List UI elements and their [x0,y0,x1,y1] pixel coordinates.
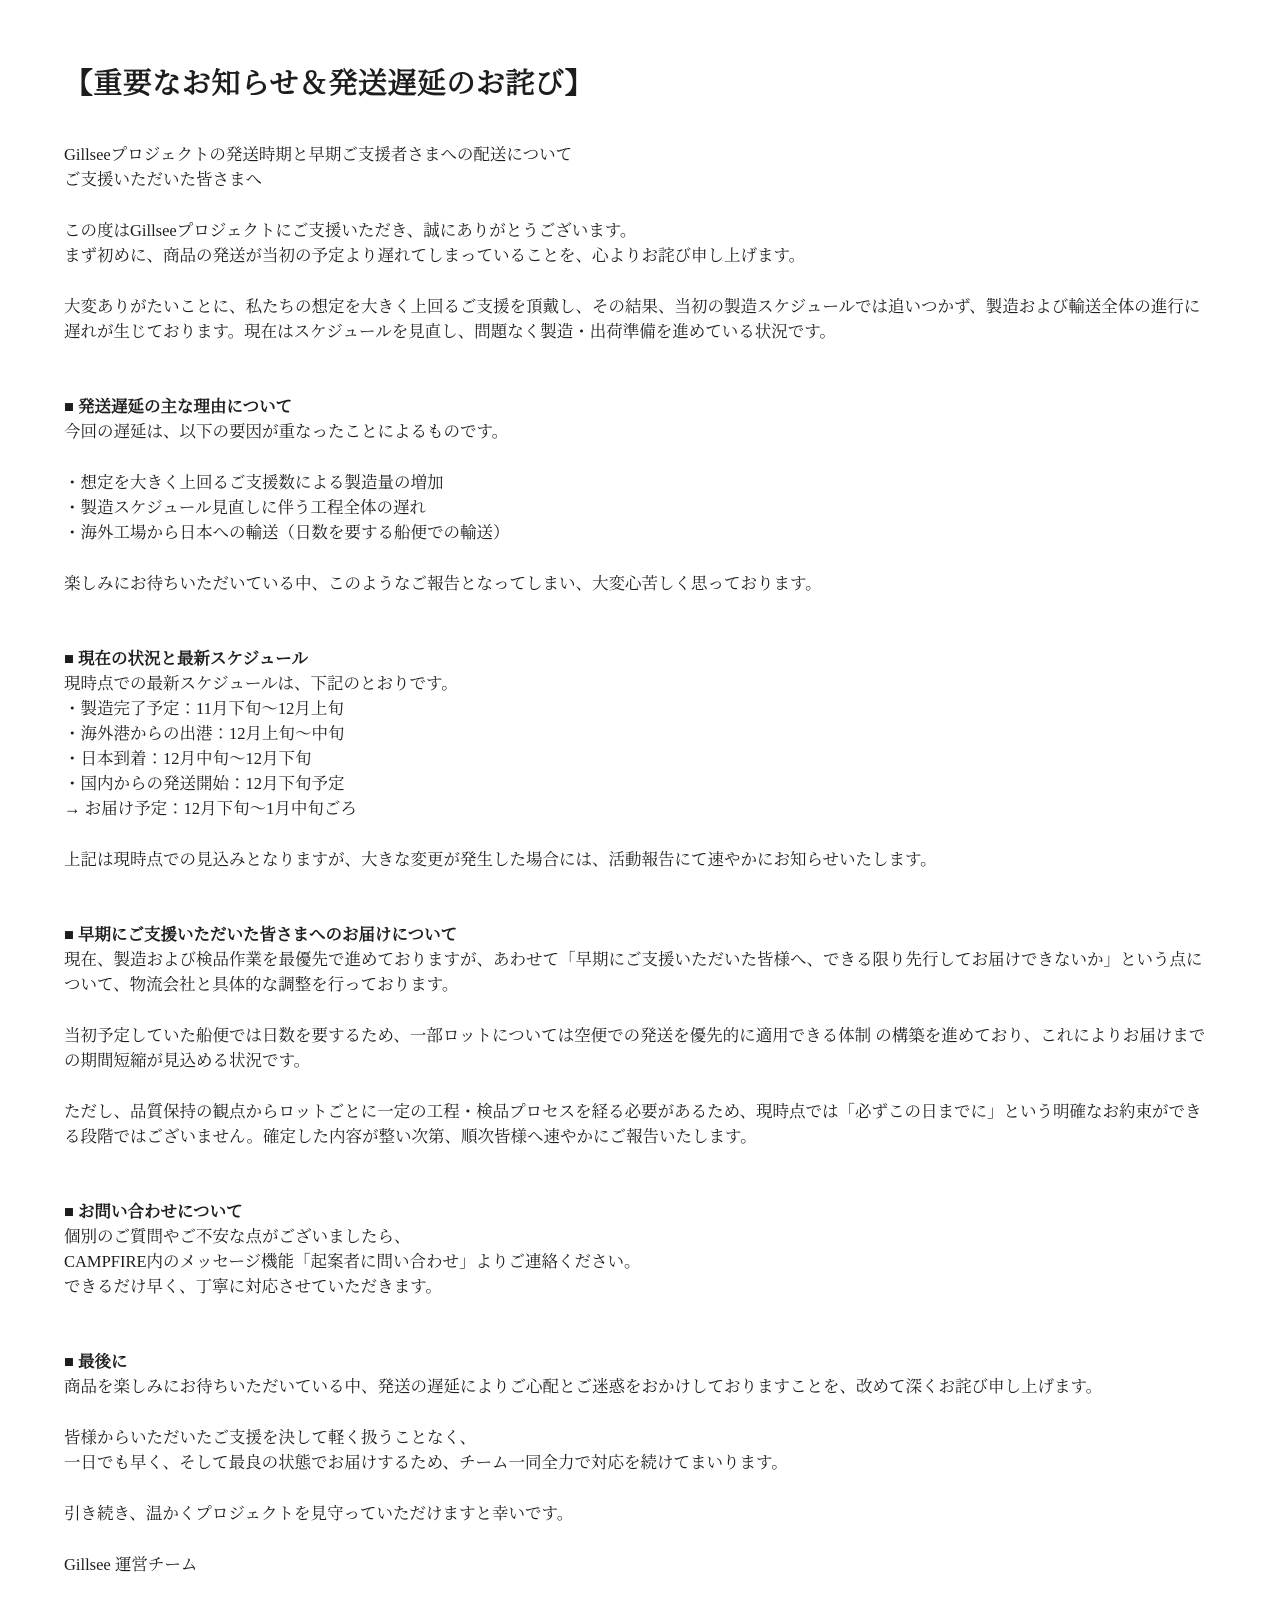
early-delivery-paragraph-1: 現在、製造および検品作業を最優先で進めておりますが、あわせて「早期にご支援いただ… [64,947,1216,997]
schedule-item: ・日本到着：12月中旬〜12月下旬 [64,746,1216,771]
intro-subject: Gillseeプロジェクトの発送時期と早期ご支援者さまへの配送について ご支援い… [64,142,1216,192]
section-contact: ■ お問い合わせについて 個別のご質問やご不安な点がございましたら、 CAMPF… [64,1199,1216,1299]
schedule-note: 上記は現時点での見込みとなりますが、大きな変更が発生した場合には、活動報告にて速… [64,847,1216,872]
reason-bullet: ・製造スケジュール見直しに伴う工程全体の遅れ [64,495,1216,520]
schedule-item: ・海外港からの出港：12月上旬〜中旬 [64,721,1216,746]
section-reasons: ■ 発送遅延の主な理由について 今回の遅延は、以下の要因が重なったことによるもの… [64,394,1216,596]
reasons-lead: 今回の遅延は、以下の要因が重なったことによるものです。 [64,419,1216,444]
intro-subject-line: Gillseeプロジェクトの発送時期と早期ご支援者さまへの配送について [64,142,1216,167]
reasons-bullet-list: ・想定を大きく上回るご支援数による製造量の増加 ・製造スケジュール見直しに伴う工… [64,470,1216,545]
reasons-closing-line: 楽しみにお待ちいただいている中、このようなご報告となってしまい、大変心苦しく思っ… [64,571,1216,596]
reason-bullet: ・想定を大きく上回るご支援数による製造量の増加 [64,470,1216,495]
intro-thanks-line: この度はGillseeプロジェクトにご支援いただき、誠にありがとうございます。 [64,218,1216,243]
early-delivery-paragraph-2: 当初予定していた船便では日数を要するため、一部ロットについては空便での発送を優先… [64,1023,1216,1073]
contact-line: 個別のご質問やご不安な点がございましたら、 [64,1224,1216,1249]
early-delivery-paragraph-3: ただし、品質保持の観点からロットごとに一定の工程・検品プロセスを経る必要があるた… [64,1099,1216,1149]
closing-commitment: 皆様からいただいたご支援を決して軽く扱うことなく、 一日でも早く、そして最良の状… [64,1425,1216,1475]
closing-heading: ■ 最後に [64,1349,1216,1374]
section-schedule: ■ 現在の状況と最新スケジュール 現時点での最新スケジュールは、下記のとおりです… [64,646,1216,872]
section-closing: ■ 最後に 商品を楽しみにお待ちいただいている中、発送の遅延によりご心配とご迷惑… [64,1349,1216,1577]
schedule-lead: 現時点での最新スケジュールは、下記のとおりです。 [64,671,1216,696]
intro-apology-line: まず初めに、商品の発送が当初の予定より遅れてしまっていることを、心よりお詫び申し… [64,243,1216,268]
contact-heading: ■ お問い合わせについて [64,1199,1216,1224]
announcement-document: 【重要なお知らせ＆発送遅延のお詫び】 Gillseeプロジェクトの発送時期と早期… [0,0,1280,1623]
reasons-closing: 楽しみにお待ちいただいている中、このようなご報告となってしまい、大変心苦しく思っ… [64,571,1216,596]
signature-block: Gillsee 運営チーム [64,1552,1216,1577]
reason-bullet: ・海外工場から日本への輸送（日数を要する船便での輸送） [64,520,1216,545]
early-delivery-heading: ■ 早期にご支援いただいた皆さまへのお届けについて [64,922,1216,947]
schedule-item: ・国内からの発送開始：12月下旬予定 [64,771,1216,796]
contact-line: できるだけ早く、丁寧に対応させていただきます。 [64,1274,1216,1299]
signature: Gillsee 運営チーム [64,1552,1216,1577]
schedule-item: ・製造完了予定：11月下旬〜12月上旬 [64,696,1216,721]
schedule-list: ・製造完了予定：11月下旬〜12月上旬 ・海外港からの出港：12月上旬〜中旬 ・… [64,696,1216,821]
closing-apology-paragraph: 商品を楽しみにお待ちいただいている中、発送の遅延によりご心配とご迷惑をおかけして… [64,1374,1216,1399]
closing-thanks-line: 引き続き、温かくプロジェクトを見守っていただけますと幸いです。 [64,1501,1216,1526]
intro-greeting-line: ご支援いただいた皆さまへ [64,167,1216,192]
intro-thanks: この度はGillseeプロジェクトにご支援いただき、誠にありがとうございます。 … [64,218,1216,268]
contact-line: CAMPFIRE内のメッセージ機能「起案者に問い合わせ」よりご連絡ください。 [64,1249,1216,1274]
closing-commitment-line: 皆様からいただいたご支援を決して軽く扱うことなく、 [64,1425,1216,1450]
schedule-heading: ■ 現在の状況と最新スケジュール [64,646,1216,671]
closing-commitment-line: 一日でも早く、そして最良の状態でお届けするため、チーム一同全力で対応を続けてまい… [64,1450,1216,1475]
page-title: 【重要なお知らせ＆発送遅延のお詫び】 [64,66,1216,102]
reasons-heading: ■ 発送遅延の主な理由について [64,394,1216,419]
closing-thanks: 引き続き、温かくプロジェクトを見守っていただけますと幸いです。 [64,1501,1216,1526]
section-early-delivery: ■ 早期にご支援いただいた皆さまへのお届けについて 現在、製造および検品作業を最… [64,922,1216,1149]
delivery-estimate-line: → お届け予定：12月下旬〜1月中旬ごろ [64,796,1216,821]
intro-situation-paragraph: 大変ありがたいことに、私たちの想定を大きく上回るご支援を頂戴し、その結果、当初の… [64,294,1216,344]
